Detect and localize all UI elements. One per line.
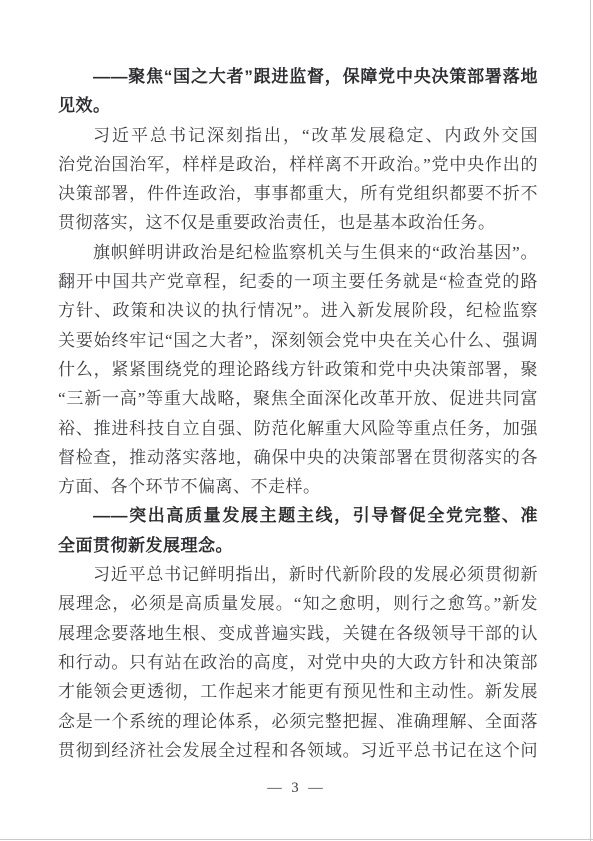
document-body: ——聚焦“国之大者”跟进监督，保障党中央决策部署落地见效。习近平总书记深刻指出，… [58, 62, 538, 765]
body-text-line: 督检查，推动落实落地，确保中央的决策部署在贯彻落实的各个 [58, 443, 538, 472]
body-text-line: 方针、政策和决议的执行情况”。进入新发展阶段，纪检监察机 [58, 296, 538, 325]
body-text-line: 习近平总书记深刻指出，“改革发展稳定、内政外交国防、 [58, 121, 538, 150]
page-number: — 3 — [0, 780, 593, 797]
body-text-line: 展理念要落地生根、变成普遍实践，关键在各级领导干部的认识 [58, 619, 538, 648]
body-text-line: 贯彻到经济社会发展全过程和各领域。习近平总书记在这个问题 [58, 736, 538, 765]
body-text-line: “三新一高”等重大战略，聚焦全面深化改革开放、促进共同富 [58, 384, 538, 413]
body-text-line: 才能领会更透彻，工作起来才能更有预见性和主动性。新发展理 [58, 677, 538, 706]
section-heading-line: 全面贯彻新发展理念。 [58, 531, 538, 560]
body-text-line: 习近平总书记鲜明指出，新时代新阶段的发展必须贯彻新发 [58, 560, 538, 589]
scan-edge-right-line [590, 0, 591, 841]
scan-edge-bottom-line [0, 839, 593, 840]
section-heading-line: ——聚焦“国之大者”跟进监督，保障党中央决策部署落地 [58, 62, 538, 91]
body-text-line: 方面、各个环节不偏离、不走样。 [58, 472, 538, 501]
body-text-line: 展理念，必须是高质量发展。“知之愈明，则行之愈笃。”新发 [58, 589, 538, 618]
body-text-line: 裕、推进科技自立自强、防范化解重大风险等重点任务，加强监 [58, 414, 538, 443]
body-text-line: 旗帜鲜明讲政治是纪检监察机关与生俱来的“政治基因”。 [58, 238, 538, 267]
body-text-line: 决策部署，件件连政治，事事都重大，所有党组织都要不折不扣 [58, 179, 538, 208]
body-text-line: 什么，紧紧围绕党的理论路线方针政策和党中央决策部署，聚焦 [58, 355, 538, 384]
body-text-line: 治党治国治军，样样是政治，样样离不开政治。”党中央作出的 [58, 150, 538, 179]
body-text-line: 关要始终牢记“国之大者”，深刻领会党中央在关心什么、强调 [58, 326, 538, 355]
document-page: ——聚焦“国之大者”跟进监督，保障党中央决策部署落地见效。习近平总书记深刻指出，… [0, 0, 593, 841]
section-heading-line: ——突出高质量发展主题主线，引导督促全党完整、准确、 [58, 501, 538, 530]
body-text-line: 贯彻落实，这不仅是重要政治责任，也是基本政治任务。 [58, 208, 538, 237]
body-text-line: 翻开中国共产党章程，纪委的一项主要任务就是“检查党的路线、 [58, 267, 538, 296]
body-text-line: 念是一个系统的理论体系，必须完整把握、准确理解、全面落实， [58, 707, 538, 736]
section-heading-line: 见效。 [58, 91, 538, 120]
body-text-line: 和行动。只有站在政治的高度，对党中央的大政方针和决策部署 [58, 648, 538, 677]
